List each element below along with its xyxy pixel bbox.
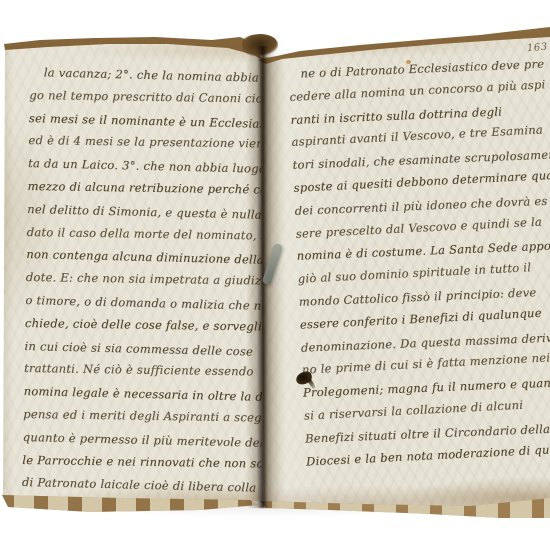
manuscript-line: pensa ed i meriti degli Aspiranti a sceg… [23,403,257,429]
left-page-text: la vacanza; 2°. che la nomina abbia luog… [22,61,264,499]
fox-spot [406,60,411,64]
manuscript-line: di Patronato laicale cioè di libera coll… [22,471,256,500]
manuscript-line: ed è di 4 mesi se la presentazione vien … [28,129,262,155]
manuscript-line: chiede, cioè delle cose false, e sorvegl… [25,312,259,338]
manuscript-line: mezzo di alcuna retribuzione perché cade [27,175,261,201]
photo-canvas: la vacanza; 2°. che la nomina abbia luog… [0,0,550,550]
manuscript-line: go nel tempo prescritto dai Canoni cioè … [29,84,263,110]
right-page-text: ne o di Patronato Ecclesiastico deve pre… [288,52,550,473]
manuscript-line: trattanti. Né ciò è sufficiente essendo [24,357,258,383]
ink-blot [295,370,313,386]
manuscript-line: dote. E: che non sia impetrata a giudizi… [26,266,260,292]
